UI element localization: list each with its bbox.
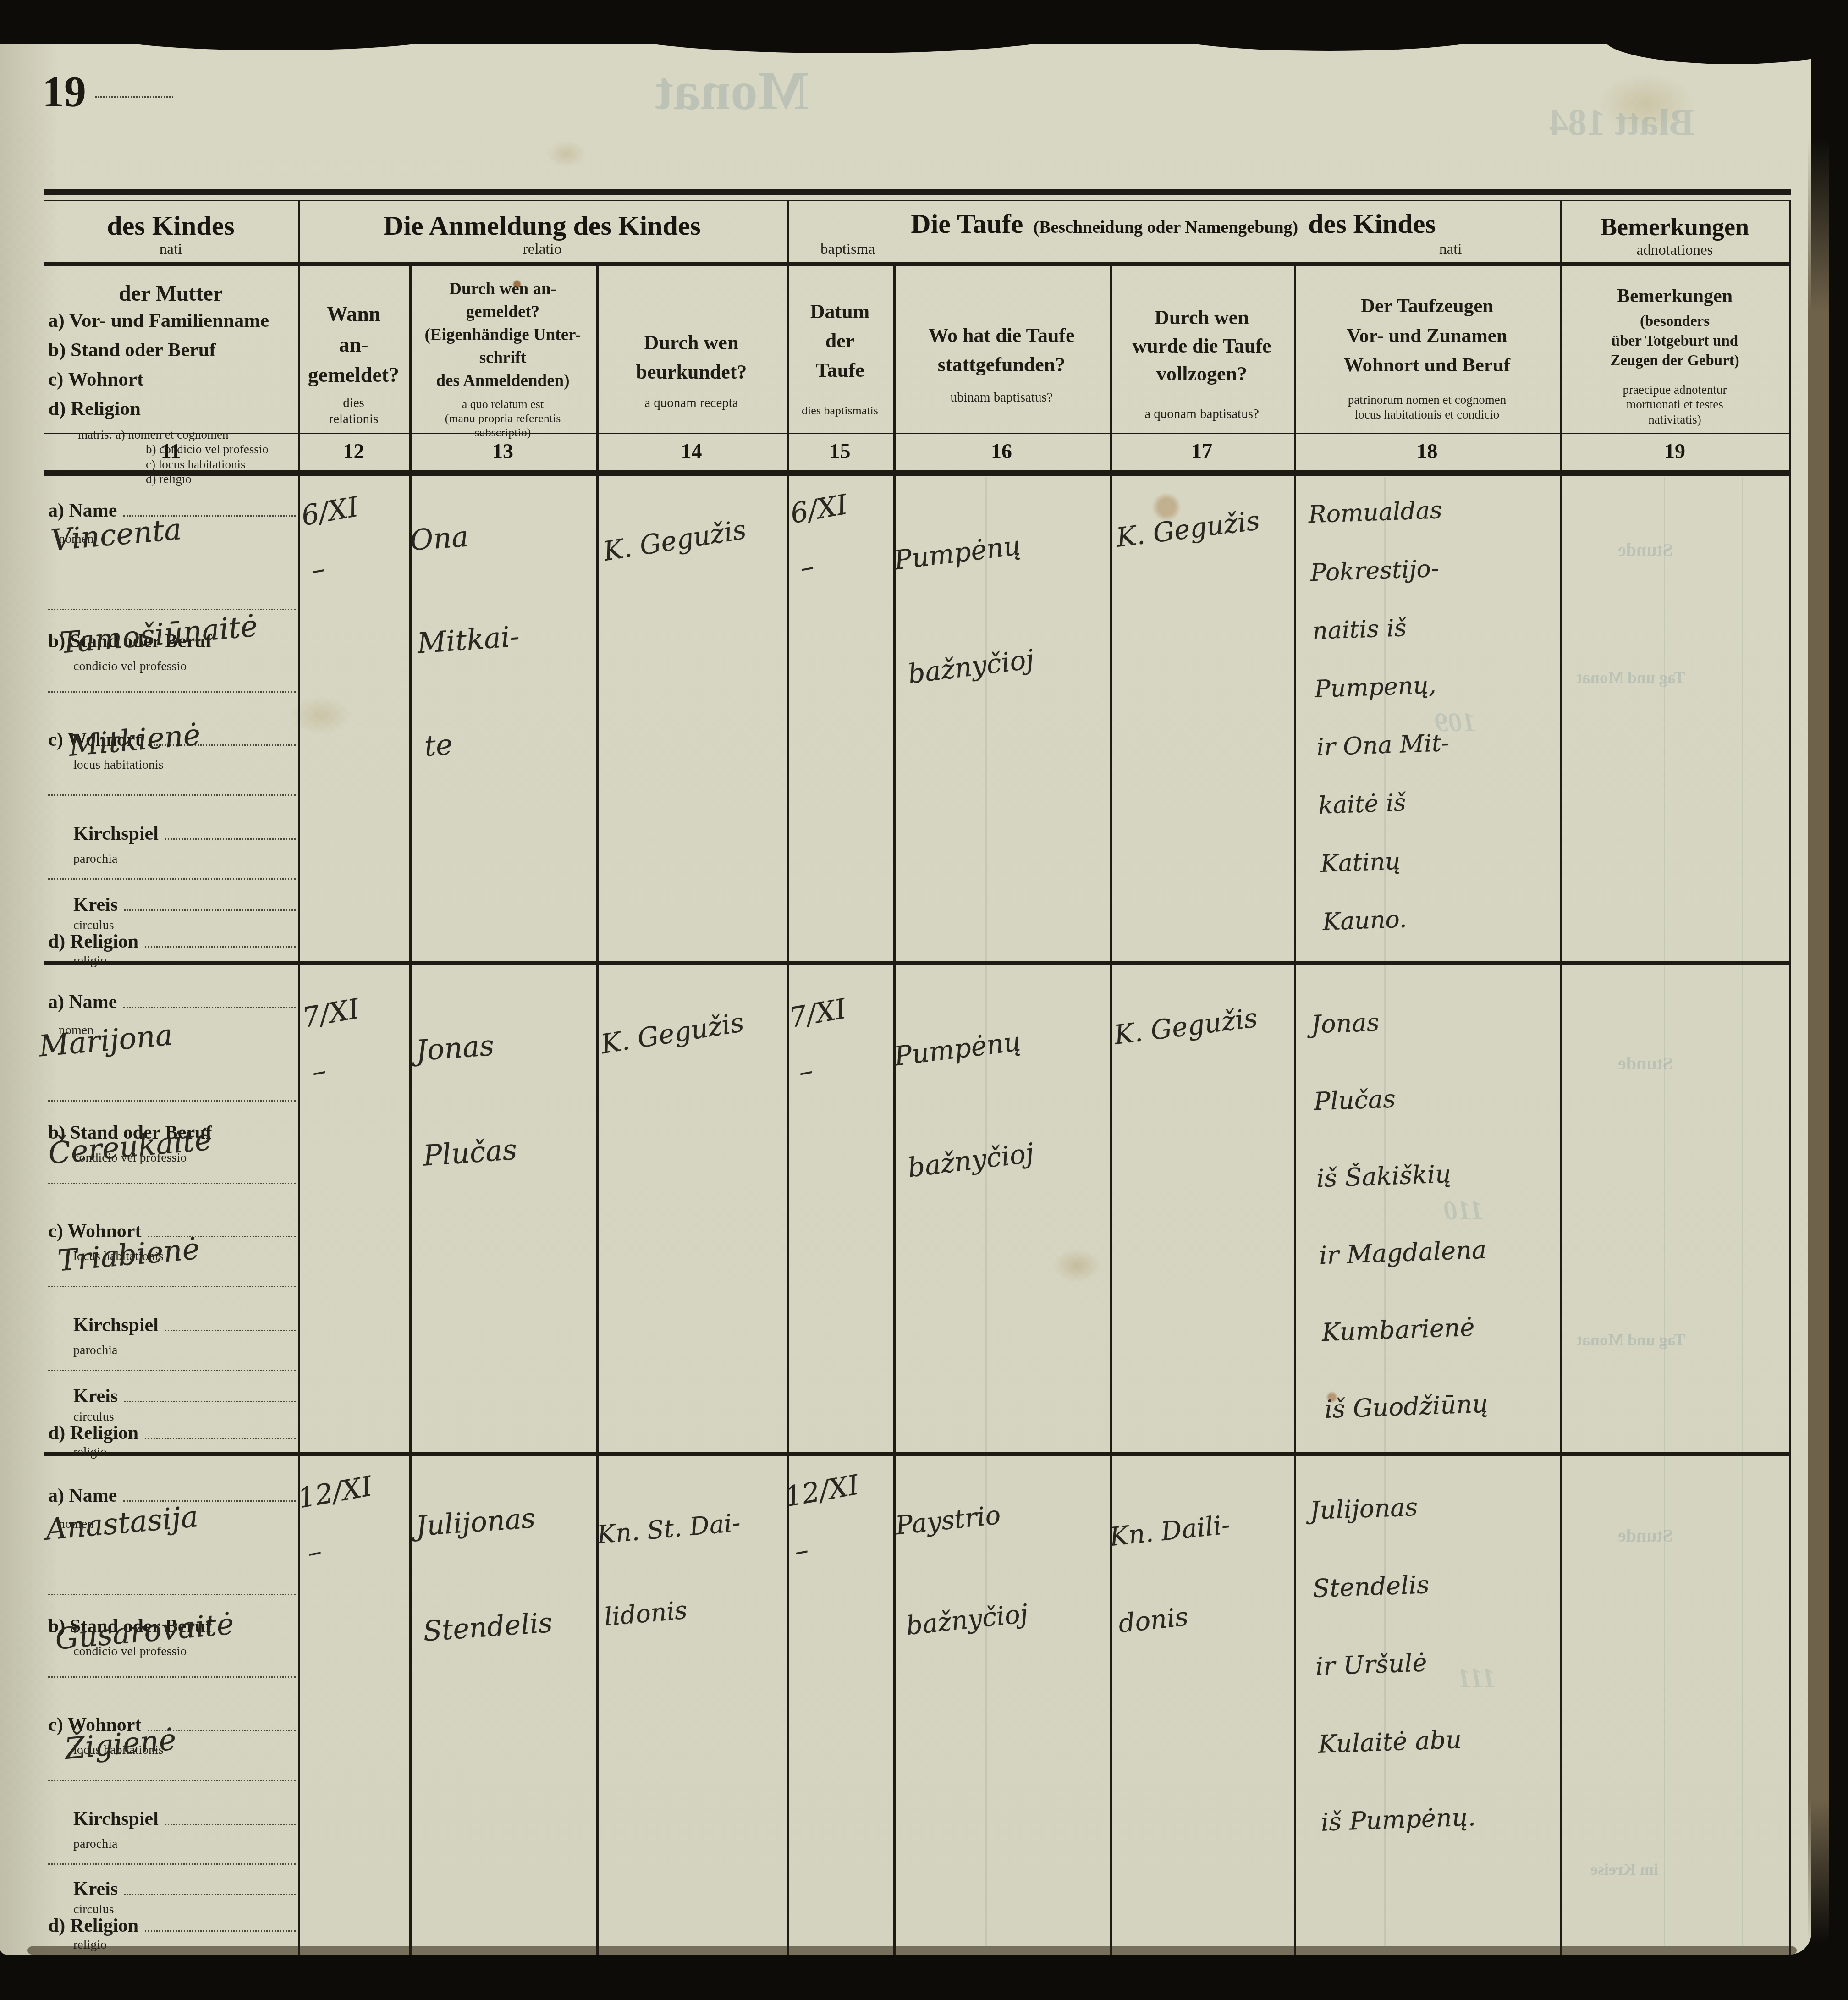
col11-title: der Mutter xyxy=(44,278,298,310)
scan-edge-blob xyxy=(619,14,1068,53)
table-top-rule xyxy=(44,189,1791,195)
row3-mother-name: Anastasija Gusarovaitė Žigienė xyxy=(41,1460,248,1804)
group-header-taufe-paren: (Beschneidung oder Namengebung) xyxy=(1033,219,1298,236)
dotted-leader xyxy=(124,1401,296,1402)
book-page-stack-edge xyxy=(1808,138,1829,1944)
row1-angemeldet-durch: Ona Mitkai- te xyxy=(407,482,530,798)
column-number-16: 16 xyxy=(893,441,1110,462)
col18-latin: patrinorum nomen et cognomen locus habit… xyxy=(1294,392,1560,422)
col11-item-d: d) Religion xyxy=(48,399,141,419)
group-header-bottom-rule xyxy=(44,262,1791,266)
row2-label-religion: d) Religion xyxy=(48,1423,296,1443)
scanned-register-page: Monat Blatt 184 Stunde Tag und Monat Stu… xyxy=(0,0,1848,2000)
row2-label-kirchspiel: Kirchspiel xyxy=(73,1316,296,1335)
col13-header: Durch wen an- gemeldet? (Eigenhändige Un… xyxy=(409,278,596,392)
col14-header: Durch wen beurkundet? xyxy=(596,328,786,387)
col15-latin: dies baptismatis xyxy=(786,403,893,418)
col16-latin: ubinam baptisatus? xyxy=(893,390,1110,406)
group-header-des-kindes: des Kindes xyxy=(44,212,298,239)
col19-paren: (besonders über Totgeburt und Zeugen der… xyxy=(1560,312,1789,371)
row2-label-religio: religio xyxy=(73,1445,107,1460)
group-latin-nati-right: nati xyxy=(1439,242,1531,257)
column-divider-17-18 xyxy=(1294,266,1296,1955)
column-divider-16-17 xyxy=(1110,266,1112,1955)
label-text: d) Religion xyxy=(48,1423,138,1443)
page-number: 19 xyxy=(42,70,86,114)
column-number-14: 14 xyxy=(596,441,786,462)
row3-beurkundet-durch: Kn. St. Dai- lidonis xyxy=(594,1482,751,1658)
row2-angemeldet-durch: Jonas Plučas xyxy=(412,992,521,1208)
label-text: Kreis xyxy=(73,895,118,915)
row2-taufe-ort: Pumpėnų bažnyčioj xyxy=(887,986,1041,1224)
table-top-thin-rule xyxy=(44,200,1791,201)
column-number-17: 17 xyxy=(1110,441,1294,462)
ghost-tag-monat-2: Tag und Monat xyxy=(1577,1332,1685,1348)
label-text: Kreis xyxy=(73,1879,118,1899)
column-number-19: 19 xyxy=(1560,441,1789,462)
row3-taufzeugen: Julijonas Stendelis ir Uršulė Kulaitė ab… xyxy=(1309,1466,1477,1861)
ghost-rule xyxy=(1664,477,1665,1953)
row3-label-kirchspiel: Kirchspiel xyxy=(73,1809,296,1829)
row2-label-kreis: Kreis xyxy=(73,1387,296,1406)
row3-label-religion: d) Religion xyxy=(48,1916,296,1935)
column-number-15: 15 xyxy=(786,441,893,462)
row1-label-kirchspiel: Kirchspiel xyxy=(73,824,296,843)
row2-mother-name: Marijona Čereukaitė Triabienė xyxy=(34,979,226,1315)
col11-item-c-text: c) Wohnort xyxy=(48,369,143,389)
dotted-leader xyxy=(165,838,296,840)
col19-latin: praecipue adnotentur mortuonati et teste… xyxy=(1560,382,1789,427)
row2-label-parochia: parochia xyxy=(73,1343,117,1358)
row1-dotted-line xyxy=(48,878,296,880)
ghost-im-kreise: im Kreise xyxy=(1590,1861,1658,1878)
group-header-taufe-tail: des Kindes xyxy=(1308,210,1435,237)
row1-bottom-rule xyxy=(44,961,1791,965)
label-text: d) Religion xyxy=(48,1916,138,1935)
column-number-11: 11 xyxy=(44,441,298,462)
row3-label-parochia: parochia xyxy=(73,1837,117,1851)
col19-header: Bemerkungen xyxy=(1560,282,1789,310)
scan-edge-blob xyxy=(101,18,449,50)
group-latin-relatio: relatio xyxy=(298,242,786,257)
row3-taufe-durch: Kn. Daili- donis xyxy=(1105,1482,1244,1668)
ghost-rule xyxy=(1742,477,1743,1953)
scan-edge-blob xyxy=(1604,14,1848,64)
column-divider-13-14 xyxy=(596,266,599,1955)
column-number-18: 18 xyxy=(1294,441,1560,462)
col14-latin: a quonam recepta xyxy=(596,395,786,411)
page-number-dotted-line xyxy=(95,96,173,98)
col18-header: Der Taufzeugen Vor- und Zunamen Wohnort … xyxy=(1294,292,1560,380)
label-text: Kreis xyxy=(73,1387,118,1406)
col11-item-b: b) Stand oder Beruf xyxy=(48,340,216,360)
label-text: d) Religion xyxy=(48,932,138,951)
label-text: Kirchspiel xyxy=(73,824,159,843)
col11-item-b-text: b) Stand oder Beruf xyxy=(48,340,216,360)
column-divider-14-15 xyxy=(786,201,789,1955)
row3-taufe-ort: Paystrio bažnyčioj xyxy=(891,1463,1033,1676)
group-header-bemerkungen: Bemerkungen xyxy=(1560,215,1789,239)
col17-header: Durch wen wurde die Taufe vollzogen? xyxy=(1110,303,1294,388)
row1-taufzeugen: Romualdas Pokrestijo- naitis iš Pumpenų,… xyxy=(1307,481,1457,952)
row1-label-parochia: parochia xyxy=(73,852,117,866)
col11-item-a: a) Vor- und Familienname xyxy=(48,311,269,331)
col11-item-d-text: d) Religion xyxy=(48,399,141,419)
dotted-leader xyxy=(145,946,296,948)
column-number-13: 13 xyxy=(409,441,596,462)
col13-latin: a quo relatum est (manu propria referent… xyxy=(409,397,596,440)
row3-dotted-line xyxy=(48,1863,296,1865)
col15-header: Datum der Taufe xyxy=(786,297,893,385)
dotted-leader xyxy=(165,1824,296,1825)
col17-latin: a quonam baptisatus? xyxy=(1110,406,1294,422)
row3-label-kreis: Kreis xyxy=(73,1879,296,1899)
row1-label-religio: religio xyxy=(73,953,107,968)
scan-edge-blob xyxy=(1169,21,1490,51)
column-number-12: 12 xyxy=(298,441,409,462)
col11-item-c: c) Wohnort xyxy=(48,369,143,389)
dotted-leader xyxy=(165,1330,296,1331)
label-text: Kirchspiel xyxy=(73,1316,159,1335)
row2-dotted-line xyxy=(48,1370,296,1371)
group-header-taufe-main: Die Taufe xyxy=(911,210,1023,237)
ghost-tag-monat-1: Tag und Monat xyxy=(1577,669,1685,686)
group-header-anmeldung: Die Anmeldung des Kindes xyxy=(298,212,786,239)
row1-mother-name: Vincenta Tamošiūnaitė Mitkienė xyxy=(46,472,271,798)
dotted-leader xyxy=(124,1894,296,1895)
row1-label-religion: d) Religion xyxy=(48,932,296,951)
group-header-taufe: Die Taufe (Beschneidung oder Namengebung… xyxy=(786,210,1560,237)
col11-item-a-text: a) Vor- und Familienname xyxy=(48,311,269,331)
ghost-blatt-number: Blatt 184 xyxy=(1549,104,1694,141)
col12-header: Wann an- gemeldet? xyxy=(298,299,409,391)
table-right-border xyxy=(1789,201,1791,1955)
row3-label-religio: religio xyxy=(73,1938,107,1952)
column-divider-18-19 xyxy=(1560,201,1562,1955)
group-latin-adnotationes: adnotationes xyxy=(1560,243,1789,258)
dotted-leader xyxy=(145,1930,296,1932)
dotted-leader xyxy=(145,1438,296,1439)
group-latin-baptisma: baptisma xyxy=(820,242,940,257)
row2-taufzeugen: Jonas Plučas iš Šakiškių ir Magdalena Ku… xyxy=(1310,981,1493,1448)
col16-header: Wo hat die Taufe stattgefunden? xyxy=(893,321,1110,380)
row1-label-kreis: Kreis xyxy=(73,895,296,915)
row2-bottom-rule xyxy=(44,1452,1791,1456)
col12-latin: dies relationis xyxy=(298,395,409,427)
bottom-page-edge xyxy=(27,1946,1797,1955)
label-text: Kirchspiel xyxy=(73,1809,159,1829)
ghost-monat: Monat xyxy=(655,64,808,118)
row3-angemeldet-durch: Julijonas Stendelis xyxy=(412,1465,556,1685)
dotted-leader xyxy=(124,909,296,911)
group-latin-nati: nati xyxy=(44,242,298,257)
